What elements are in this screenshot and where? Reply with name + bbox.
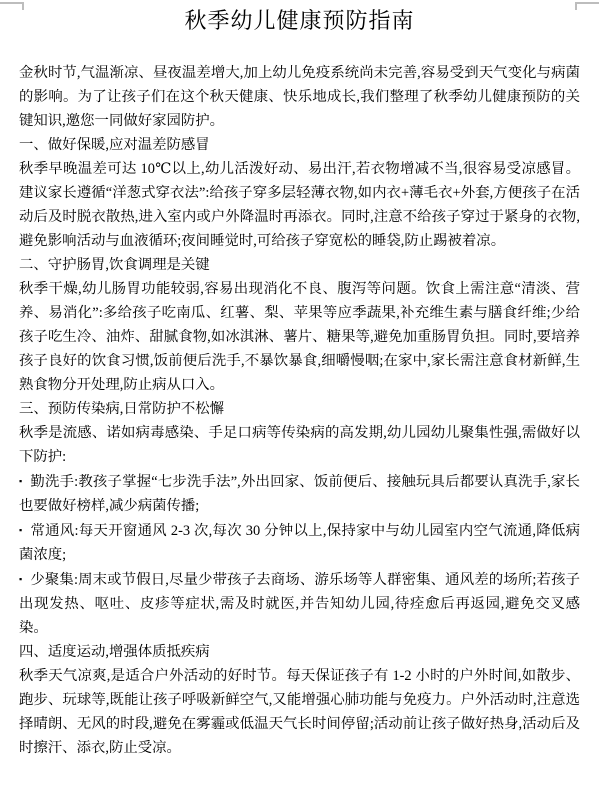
bullet-text: 勤洗手:教孩子掌握“七步洗手法”,外出回家、饭前便后、接触玩具后都要认真洗手,家… [19,474,580,514]
document-page: 秋季幼儿健康预防指南 金秋时节,气温渐凉、昼夜温差增大,加上幼儿免疫系统尚未完善… [0,0,599,786]
intro-paragraph: 金秋时节,气温渐凉、昼夜温差增大,加上幼儿免疫系统尚未完善,容易受到天气变化与病… [19,61,580,133]
section-2-paragraph: 秋季干燥,幼儿肠胃功能较弱,容易出现消化不良、腹泻等问题。饮食上需注意“清淡、营… [19,277,580,397]
section-1-paragraph: 秋季早晚温差可达 10℃以上,幼儿活泼好动、易出汗,若衣物增减不当,很容易受凉感… [19,157,580,253]
square-bullet-icon: ▪ [19,518,22,542]
section-3-heading: 三、预防传染病,日常防护不松懈 [19,397,580,421]
square-bullet-icon: ▪ [19,567,22,591]
section-3-paragraph: 秋季是流感、诺如病毒感染、手足口病等传染病的高发期,幼儿园幼儿聚集性强,需做好以… [19,421,580,469]
bullet-text: 常通风:每天开窗通风 2-3 次,每次 30 分钟以上,保持家中与幼儿园室内空气… [19,523,580,563]
bullet-item-ventilation: ▪常通风:每天开窗通风 2-3 次,每次 30 分钟以上,保持家中与幼儿园室内空… [19,518,580,567]
bullet-item-avoid-crowds: ▪少聚集:周末或节假日,尽量少带孩子去商场、游乐场等人群密集、通风差的场所;若孩… [19,567,580,640]
section-4-heading: 四、适度运动,增强体质抵疾病 [19,640,580,664]
bullet-item-wash-hands: ▪勤洗手:教孩子掌握“七步洗手法”,外出回家、饭前便后、接触玩具后都要认真洗手,… [19,469,580,518]
page-margin-mark-top-left [0,2,24,10]
square-bullet-icon: ▪ [19,469,22,493]
section-1-heading: 一、做好保暖,应对温差防感冒 [19,133,580,157]
section-4-paragraph: 秋季天气凉爽,是适合户外活动的好时节。每天保证孩子有 1-2 小时的户外时间,如… [19,664,580,760]
page-margin-mark-top-right [575,2,599,10]
bullet-text: 少聚集:周末或节假日,尽量少带孩子去商场、游乐场等人群密集、通风差的场所;若孩子… [19,572,580,636]
document-title: 秋季幼儿健康预防指南 [19,0,580,36]
section-2-heading: 二、守护肠胃,饮食调理是关键 [19,253,580,277]
document-body: 金秋时节,气温渐凉、昼夜温差增大,加上幼儿免疫系统尚未完善,容易受到天气变化与病… [19,61,580,760]
